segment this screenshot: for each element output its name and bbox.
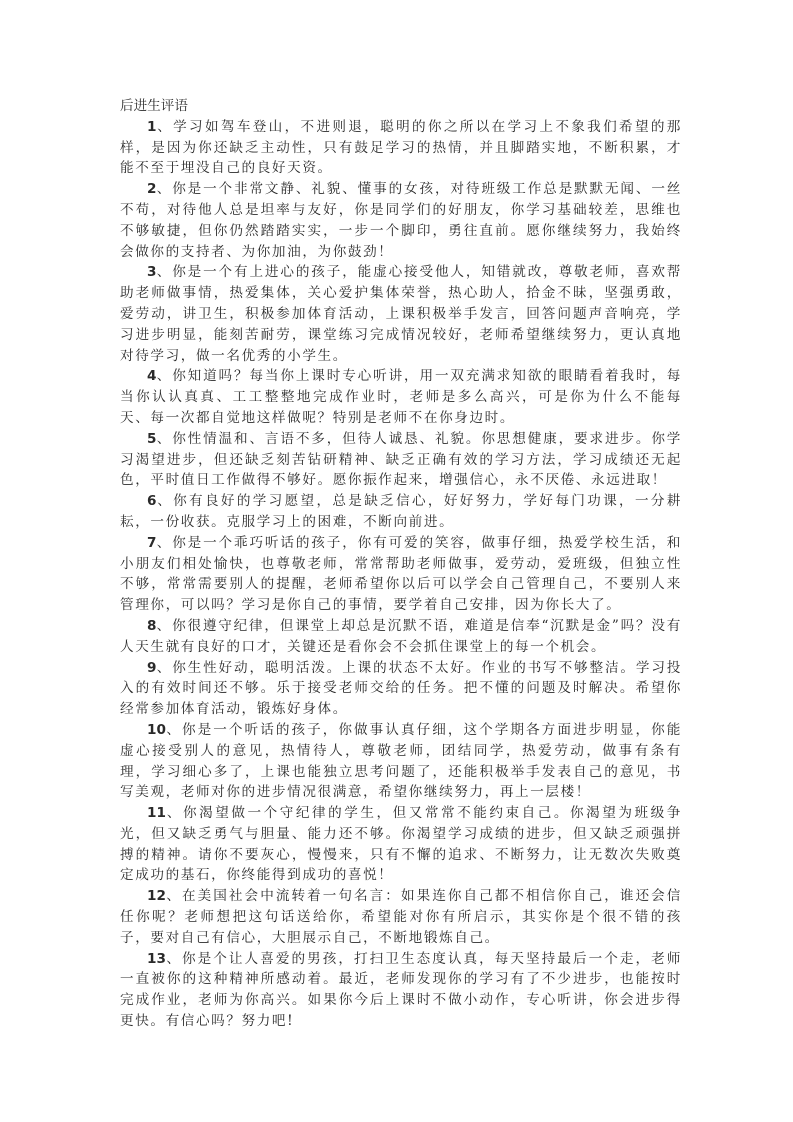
document-page: 后进生评语 1、学习如驾车登山，不进则退，聪明的你之所以在学习上不象我们希望的那… <box>120 96 682 1032</box>
comment-paragraph-5: 5、你性情温和、言语不多，但待人诚恳、礼貌。你思想健康，要求进步。你学习渴望进步… <box>120 429 682 491</box>
paragraph-text: 、你渴望做一个守纪律的学生，但又常常不能约束自己。你渴望为班级争光，但又缺乏勇气… <box>120 805 682 883</box>
paragraph-text: 、你是个让人喜爱的男孩，打扫卫生态度认真，每天坚持最后一个走，老师一直被你的这种… <box>120 951 682 1029</box>
paragraph-text: 、你有良好的学习愿望，总是缺乏信心，好好努力，学好每门功课，一分耕耘，一份收获。… <box>120 493 682 530</box>
paragraph-number: 12 <box>147 888 166 904</box>
comment-paragraph-6: 6、你有良好的学习愿望，总是缺乏信心，好好努力，学好每门功课，一分耕耘，一份收获… <box>120 491 682 533</box>
paragraph-text: 、你是一个非常文静、礼貌、懂事的女孩，对待班级工作总是默默无闻、一丝不苟，对待他… <box>120 181 682 259</box>
paragraph-text: 、你性情温和、言语不多，但待人诚恳、礼貌。你思想健康，要求进步。你学习渴望进步，… <box>120 431 682 489</box>
comment-paragraph-7: 7、你是一个乖巧听话的孩子，你有可爱的笑容，做事仔细，热爱学校生活，和小朋友们相… <box>120 533 682 616</box>
paragraph-number: 13 <box>147 951 166 967</box>
paragraph-text: 、你是一个听话的孩子，你做事认真仔细，这个学期各方面进步明显，你能虚心接受别人的… <box>120 722 682 800</box>
comment-paragraph-2: 2、你是一个非常文静、礼貌、懂事的女孩，对待班级工作总是默默无闻、一丝不苟，对待… <box>120 179 682 262</box>
comment-paragraph-12: 12、在美国社会中流转着一句名言：如果连你自己都不相信你自己，谁还会信任你呢？老… <box>120 886 682 948</box>
document-title: 后进生评语 <box>120 96 682 117</box>
paragraph-text: 、在美国社会中流转着一句名言：如果连你自己都不相信你自己，谁还会信任你呢？老师想… <box>120 888 682 946</box>
comment-paragraph-8: 8、你很遵守纪律，但课堂上却总是沉默不语，难道是信奉“沉默是金”吗？没有人天生就… <box>120 616 682 658</box>
comment-paragraph-1: 1、学习如驾车登山，不进则退，聪明的你之所以在学习上不象我们希望的那样，是因为你… <box>120 117 682 179</box>
comment-paragraph-13: 13、你是个让人喜爱的男孩，打扫卫生态度认真，每天坚持最后一个走，老师一直被你的… <box>120 949 682 1032</box>
comment-paragraph-4: 4、你知道吗？每当你上课时专心听讲，用一双充满求知欲的眼睛看着我时，每当你认认真… <box>120 366 682 428</box>
comment-paragraph-9: 9、你生性好动，聪明活泼。上课的状态不太好。作业的书写不够整洁。学习投入的有效时… <box>120 658 682 720</box>
paragraph-number: 11 <box>147 805 166 821</box>
paragraph-text: 、你是一个乖巧听话的孩子，你有可爱的笑容，做事仔细，热爱学校生活，和小朋友们相处… <box>120 535 682 613</box>
paragraph-text: 、你是一个有上进心的孩子，能虚心接受他人，知错就改，尊敬老师，喜欢帮助老师做事情… <box>120 264 682 363</box>
paragraph-text: 、你知道吗？每当你上课时专心听讲，用一双充满求知欲的眼睛看着我时，每当你认认真真… <box>120 368 682 426</box>
paragraph-text: 、学习如驾车登山，不进则退，聪明的你之所以在学习上不象我们希望的那样，是因为你还… <box>120 119 682 177</box>
paragraph-text: 、你很遵守纪律，但课堂上却总是沉默不语，难道是信奉“沉默是金”吗？没有人天生就有… <box>120 618 682 655</box>
paragraph-text: 、你生性好动，聪明活泼。上课的状态不太好。作业的书写不够整洁。学习投入的有效时间… <box>120 660 682 718</box>
comment-paragraph-11: 11、你渴望做一个守纪律的学生，但又常常不能约束自己。你渴望为班级争光，但又缺乏… <box>120 803 682 886</box>
comment-paragraph-10: 10、你是一个听话的孩子，你做事认真仔细，这个学期各方面进步明显，你能虚心接受别… <box>120 720 682 803</box>
paragraph-number: 10 <box>147 722 166 738</box>
comment-paragraph-3: 3、你是一个有上进心的孩子，能虚心接受他人，知错就改，尊敬老师，喜欢帮助老师做事… <box>120 262 682 366</box>
